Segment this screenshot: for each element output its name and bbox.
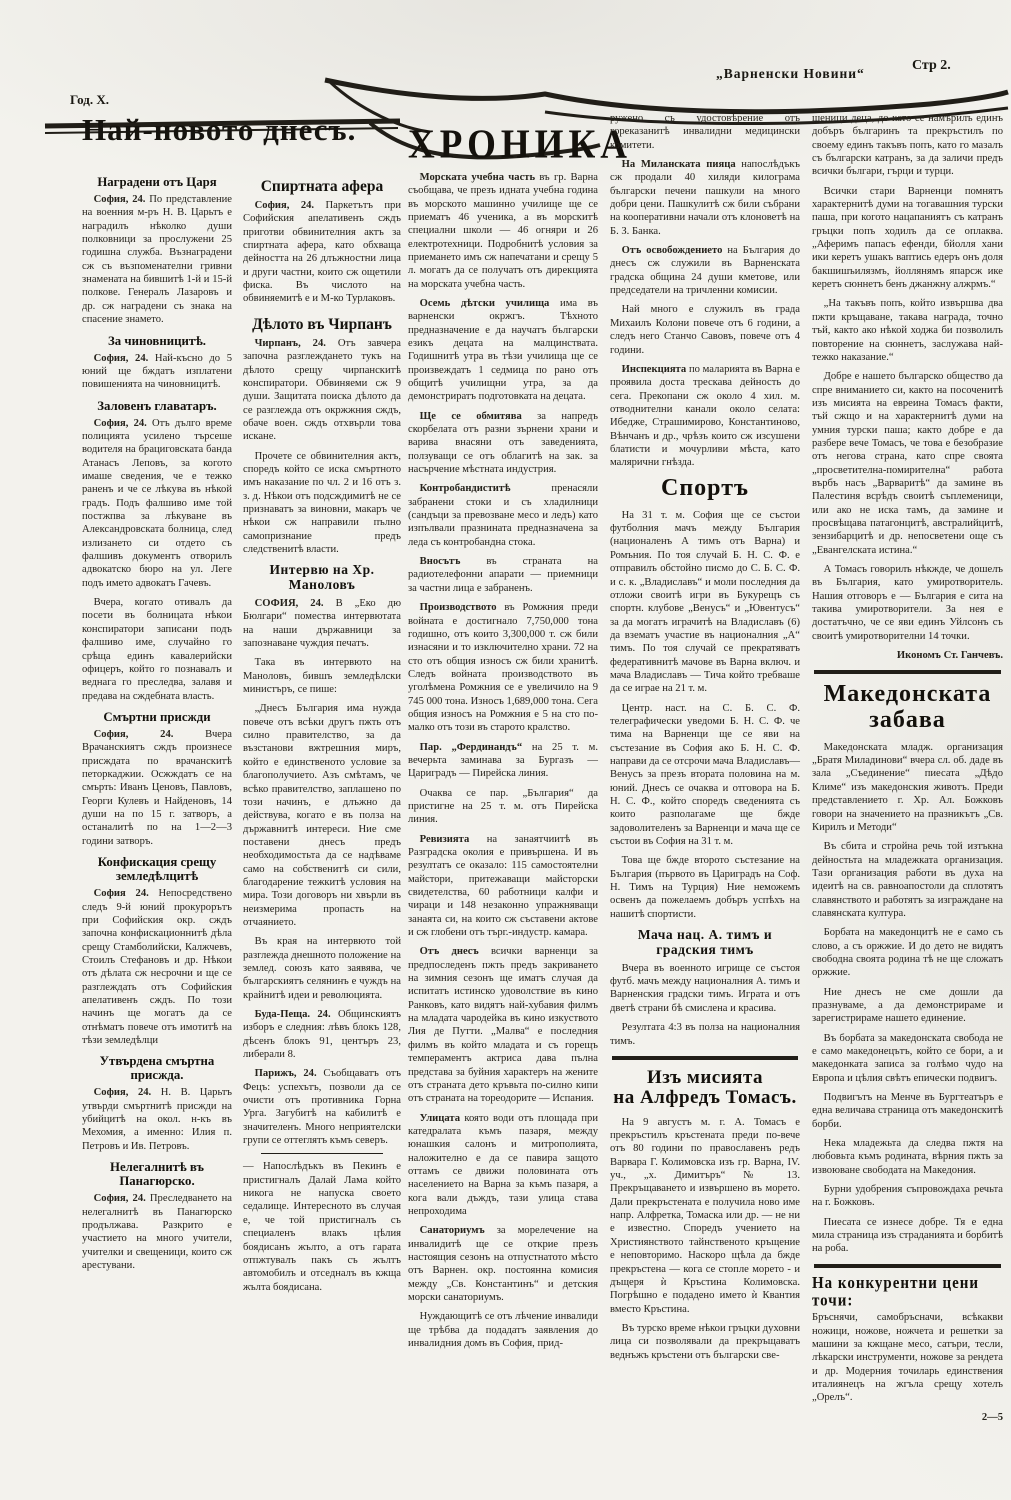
column-3: ХРОНИКАМорската учебна часть въ гр. Варн…	[408, 118, 598, 1356]
zabava-header: Македонскатазабава	[812, 682, 1003, 732]
article-paragraph: Така въ интервюто на Маноловъ, бившъ зем…	[243, 656, 401, 696]
article-paragraph: Пар. „Фердинандъ“ на 25 т. м. вечерьта з…	[408, 741, 598, 781]
paragraph-lead: Осемь дѣтски училища	[420, 298, 560, 309]
article-paragraph: Очаква се пар. „България“ да пристигне н…	[408, 787, 598, 827]
lead-headline: Най-новото днесъ.	[82, 112, 412, 148]
article-paragraph: ружено съ удостовѣрение отъ гореказанитѣ…	[610, 112, 800, 152]
article-paragraph: Нека младежьта да следва пжтя на любовьт…	[812, 1137, 1003, 1177]
article-paragraph: София, 24. По представление на военния м…	[82, 193, 232, 326]
paragraph-lead: София, 24.	[94, 729, 206, 740]
paragraph-lead: София, 24.	[94, 418, 152, 429]
article-heading: Смъртни присжди	[82, 710, 232, 724]
article-paragraph: Икономъ Ст. Ганчевъ.	[812, 649, 1003, 662]
article-paragraph: Подвигътъ на Менче въ Бургтеатъръ е една…	[812, 1091, 1003, 1131]
article-paragraph: Вносътъ въ страната на радиотелефонни ап…	[408, 555, 598, 595]
article-heading: Заловенъ главатаръ.	[82, 399, 232, 413]
article-paragraph: Бръснячи, самобръсначи, всѣкакви ножици,…	[812, 1311, 1003, 1404]
article-paragraph: София, 24. Вчера Врачанскиятъ сждъ произ…	[82, 728, 232, 848]
paragraph-lead: Пар. „Фердинандъ“	[420, 742, 532, 753]
section-header-line: На конкурентни цени точи:	[812, 1276, 1003, 1311]
article-paragraph: София, 24. Отъ дълго време полицията уси…	[82, 417, 232, 590]
article-paragraph: — Напослѣдъкъ въ Пекинъ е пристигналъ Да…	[243, 1160, 401, 1293]
article-paragraph: А Томасъ говорилъ нѣкжде, че дошелъ въ Б…	[812, 563, 1003, 643]
article-paragraph: Въ борбата за македонската свобода не е …	[812, 1032, 1003, 1085]
article-paragraph: Добре е нашето българско общество да спр…	[812, 370, 1003, 557]
article-paragraph: На Миланската пияца напослѣдъкъ сж прода…	[610, 158, 800, 238]
section-header-line: ХРОНИКА	[408, 124, 598, 168]
article-heading: Конфискация срещу земледѣлцитѣ	[82, 855, 232, 883]
column-1: Наградени отъ ЦаряСофия, 24. По представ…	[82, 168, 232, 1278]
paragraph-lead: Улицата	[420, 1113, 465, 1124]
paragraph-lead: София 24.	[94, 888, 159, 899]
article-heading: Дѣлото въ Чирпанъ	[243, 316, 401, 333]
sport-header: Спортъ	[610, 476, 800, 501]
article-paragraph: Прочете се обвинителния актъ, споредъ ко…	[243, 450, 401, 557]
article-paragraph: 2—5	[812, 1411, 1003, 1424]
section-rule	[814, 670, 1001, 674]
article-paragraph: На 9 августъ м. г. А. Томасъ е прекръсти…	[610, 1116, 800, 1316]
column-2: Спиртната афераСофия, 24. Паркетътъ при …	[243, 168, 401, 1300]
paragraph-lead: Парижъ, 24.	[255, 1068, 324, 1079]
article-paragraph: Производството въ Ромжния преди войната …	[408, 601, 598, 734]
article-paragraph: „На такъвъ попъ, който извършва два пжти…	[812, 297, 1003, 364]
article-paragraph: Осемь дѣтски училища има въ варненски ок…	[408, 297, 598, 404]
article-paragraph: Бурни удобрения съпровождаха речьта на г…	[812, 1183, 1003, 1210]
paragraph-lead: София, 24.	[255, 200, 326, 211]
masthead-title: „Варненски Новини“	[716, 66, 865, 82]
paragraph-lead: Санаториумъ	[420, 1225, 497, 1236]
article-heading: Мача нац. А. тимъ и градския тимъ	[610, 928, 800, 958]
article-paragraph: Контробандиститѣ пренасяли забранени сто…	[408, 482, 598, 549]
article-heading: Интервю на Хр. Маноловъ	[243, 563, 401, 593]
section-rule	[261, 1153, 383, 1154]
section-header-line: Македонската	[812, 682, 1003, 707]
article-paragraph: Ревизията на занаятчиитѣ въ Разградска о…	[408, 833, 598, 940]
ad-heading: На конкурентни цени точи:	[812, 1276, 1003, 1308]
article-paragraph: Вчера, когато отивалъ да посети въ болни…	[82, 596, 232, 703]
article-paragraph: „Днесъ България има нужда повече отъ всѣ…	[243, 702, 401, 929]
paragraph-lead: На Миланската пияца	[622, 159, 742, 170]
article-paragraph: Буда-Пеща. 24. Общинскиятъ изборъ е след…	[243, 1008, 401, 1061]
year-label: Год. X.	[70, 92, 109, 108]
article-paragraph: Чирпанъ, 24. Отъ завчера започна разглеж…	[243, 337, 401, 444]
article-heading: Утвърдена смъртна присжда.	[82, 1054, 232, 1082]
page-number-label: Стр 2.	[912, 58, 951, 74]
article-heading: Спиртната афера	[243, 178, 401, 195]
article-paragraph: щеници деца, до като се намѣрилъ единъ д…	[812, 112, 1003, 179]
section-header-line: Изъ мисията	[610, 1068, 800, 1088]
paragraph-lead: Инспекцията	[622, 364, 689, 375]
article-heading: Наградени отъ Царя	[82, 175, 232, 189]
article-paragraph: Борбата на македонцитѣ не е само съ слов…	[812, 926, 1003, 979]
chronicle-header: ХРОНИКА	[408, 124, 598, 163]
article-paragraph: Санаториумъ за морелечение на инвалидитѣ…	[408, 1224, 598, 1304]
paragraph-lead: Отъ днесъ	[420, 946, 491, 957]
paragraph-lead: София, 24.	[94, 353, 155, 364]
article-paragraph: На 31 т. м. София ще се състои футболния…	[610, 509, 800, 696]
newspaper-page: Год. X. „Варненски Новини“ Стр 2. Най-но…	[0, 0, 1011, 1500]
article-paragraph: Парижъ, 24. Съобщаватъ отъ Фецъ: успехът…	[243, 1067, 401, 1147]
paragraph-lead: Буда-Пеща. 24.	[255, 1009, 338, 1020]
article-paragraph: Морската учебна часть въ гр. Варна съобщ…	[408, 171, 598, 291]
article-paragraph: София, 24. Преследването на нелегалнитѣ …	[82, 1192, 232, 1272]
article-paragraph: Ще се обмитява за напредъ скорбелата отъ…	[408, 410, 598, 477]
section-header-line: Спортъ	[610, 476, 800, 501]
article-paragraph: Улицата която води отъ площада при катед…	[408, 1112, 598, 1219]
paragraph-lead: Производството	[420, 602, 505, 613]
article-paragraph: Въ турско време нѣкои гръцки духовни лиц…	[610, 1322, 800, 1362]
paragraph-lead: СОФИЯ, 24.	[255, 598, 336, 609]
article-paragraph: СОФИЯ, 24. В „Еко дю Бюлгари“ помества и…	[243, 597, 401, 650]
article-paragraph: Въ края на интервюто той разглежда днешн…	[243, 935, 401, 1002]
article-paragraph: Ние днесъ не сме дошли да празнуваме, а …	[812, 986, 1003, 1026]
paragraph-lead: Морската учебна часть	[420, 172, 540, 183]
section-rule	[612, 1056, 798, 1060]
column-4: ружено съ удостовѣрение отъ гореказанитѣ…	[610, 112, 800, 1368]
mission-header: Изъ мисиятана Алфредъ Томасъ.	[610, 1068, 800, 1108]
paragraph-lead: Отъ освобождението	[622, 245, 728, 256]
article-paragraph: София 24. Непосредствено следъ 9-й юний …	[82, 887, 232, 1047]
section-header-line: забава	[812, 708, 1003, 733]
article-paragraph: Инспекцията по маларията въ Варна е проя…	[610, 363, 800, 470]
section-header-line: на Алфредъ Томасъ.	[610, 1088, 800, 1108]
section-rule	[814, 1264, 1001, 1268]
article-paragraph: Нуждающитѣ се отъ лѣчение инвалиди ще тр…	[408, 1310, 598, 1350]
article-paragraph: София, 24. Н. В. Царьтъ утвърди смъртнит…	[82, 1086, 232, 1153]
article-paragraph: София, 24. Паркетътъ при Софийския апела…	[243, 199, 401, 306]
article-paragraph: Отъ освобождението на България до днесъ …	[610, 244, 800, 297]
paragraph-lead: Вносътъ	[420, 556, 487, 567]
paragraph-lead: Контробандиститѣ	[420, 483, 552, 494]
paragraph-lead: Ревизията	[420, 834, 487, 845]
paragraph-lead: Ще се обмитява	[420, 411, 537, 422]
article-paragraph: Пиесата се изнесе добре. Тя е една мила …	[812, 1216, 1003, 1256]
article-paragraph: Македонската младж. организация „Братя М…	[812, 741, 1003, 834]
article-paragraph: София, 24. Най-късно до 5 юний ще бждатъ…	[82, 352, 232, 392]
article-paragraph: Всички стари Варненци помнятъ характерни…	[812, 185, 1003, 292]
paragraph-lead: София, 24.	[94, 194, 150, 205]
article-paragraph: Въ сбита и стройна речь той изтъкна дейн…	[812, 840, 1003, 920]
paragraph-lead: София, 24.	[94, 1087, 161, 1098]
article-paragraph: Отъ днесъ всички варненци за предпоследе…	[408, 945, 598, 1105]
article-heading: За чиновницитѣ.	[82, 334, 232, 348]
article-paragraph: Вчера въ военното игрище се състоя футб.…	[610, 962, 800, 1015]
paragraph-lead: Чирпанъ, 24.	[255, 338, 338, 349]
column-5: щеници деца, до като се намѣрилъ единъ д…	[812, 112, 1003, 1430]
article-heading: Нелегалнитѣ въ Панагюрско.	[82, 1160, 232, 1188]
article-paragraph: Центр. наст. на С. Б. С. Ф. телеграфичес…	[610, 702, 800, 849]
article-paragraph: Това ще бжде второто състезание на Бълга…	[610, 854, 800, 921]
article-paragraph: Най много е служилъ въ града Михаилъ Кол…	[610, 303, 800, 356]
article-paragraph: Резултата 4:3 въ полза на националния ти…	[610, 1021, 800, 1048]
paragraph-lead: София, 24.	[94, 1193, 150, 1204]
